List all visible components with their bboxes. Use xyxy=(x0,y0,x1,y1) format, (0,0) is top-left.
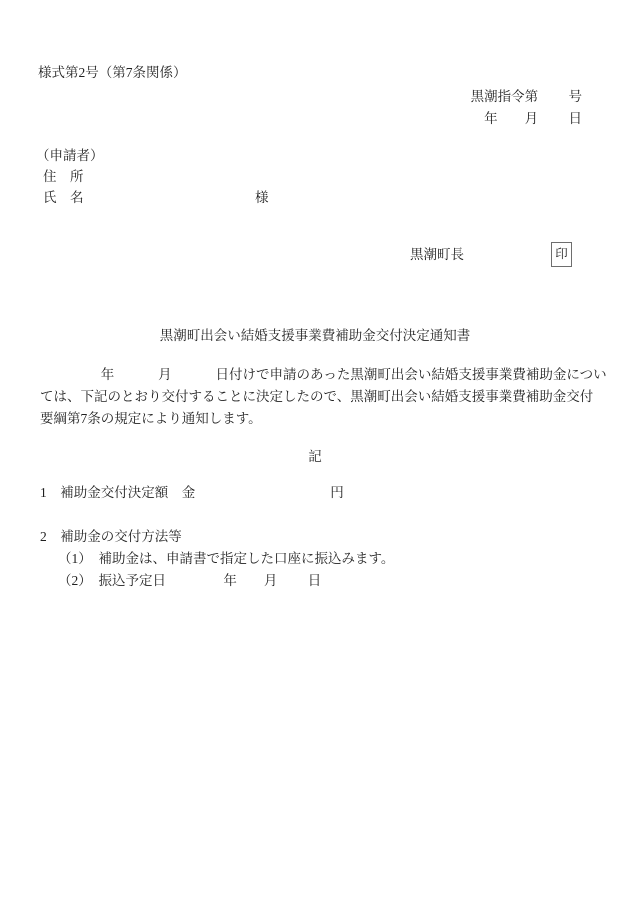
payment-method-heading: 2 補助金の交付方法等 xyxy=(40,529,182,545)
mayor-title: 黒潮町長 xyxy=(410,247,464,263)
body-line-3: 要綱第7条の規定により通知します。 xyxy=(40,411,262,427)
form-number: 様式第2号（第7条関係） xyxy=(38,65,187,81)
document-title: 黒潮町出会い結婚支援事業費補助金交付決定通知書 xyxy=(0,328,630,344)
notice-heading: 記 xyxy=(0,449,630,465)
applicant-label: （申請者） xyxy=(36,148,104,164)
honorific-label: 様 xyxy=(255,190,269,206)
issue-date-line: 年 月 日 xyxy=(484,111,582,127)
applicant-address-label: 住 所 xyxy=(43,169,84,185)
decision-amount-line: 1 補助金交付決定額 金 円 xyxy=(40,485,344,501)
body-line-1: 年 月 日付けで申請のあった黒潮町出会い結婚支援事業費補助金につい xyxy=(40,367,607,383)
document-page: 様式第2号（第7条関係） 黒潮指令第 号 年 月 日 （申請者） 住 所 氏 名… xyxy=(0,0,630,903)
applicant-name-label: 氏 名 xyxy=(43,190,84,206)
seal-stamp-box: 印 xyxy=(551,242,572,267)
directive-number-line: 黒潮指令第 号 xyxy=(471,89,582,105)
seal-icon: 印 xyxy=(555,248,568,261)
payment-method-item-2: （2） 振込予定日 年 月 日 xyxy=(58,573,321,589)
body-line-2: ては、下記のとおり交付することに決定したので、黒潮町出会い結婚支援事業費補助金交… xyxy=(40,389,593,405)
payment-method-item-1: （1） 補助金は、申請書で指定した口座に振込みます。 xyxy=(58,551,394,567)
